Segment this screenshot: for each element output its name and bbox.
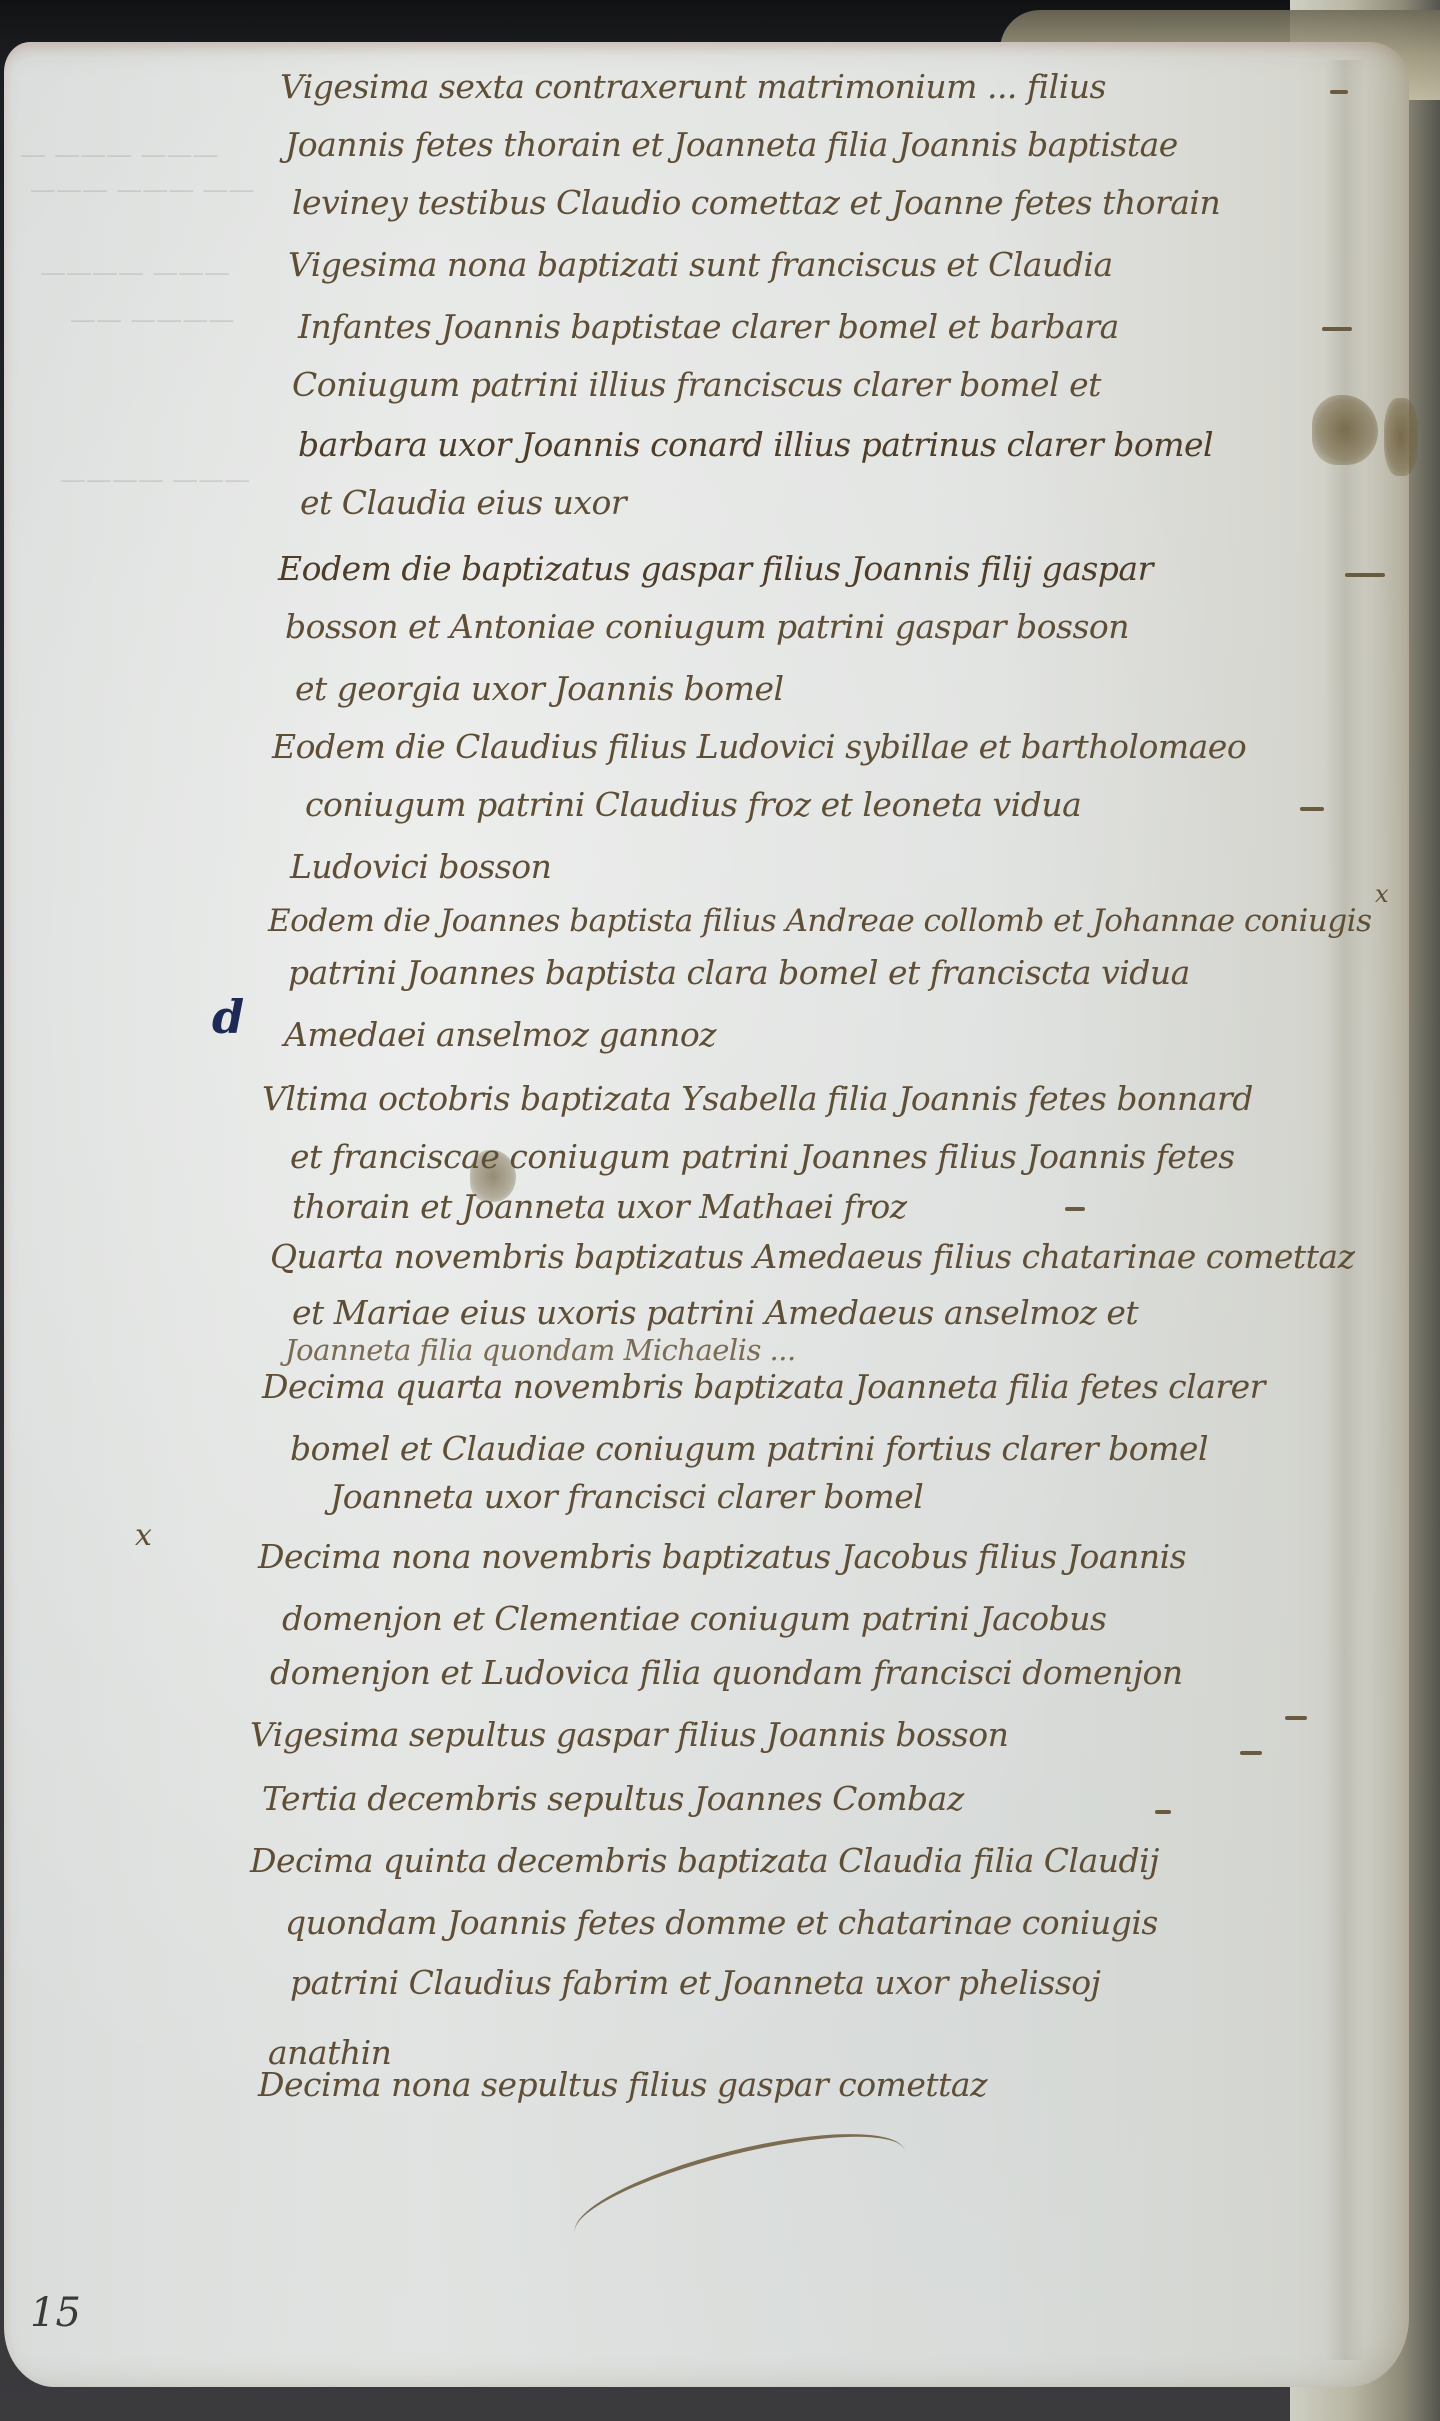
register-line: bomel et Claudiae coniugum patrini forti…: [290, 1432, 1208, 1465]
register-line: coniugum patrini Claudius froz et leonet…: [305, 788, 1081, 821]
line-end-dash: [1330, 90, 1348, 94]
line-end-dash: [1300, 807, 1324, 811]
show-through-text: ———— ———: [40, 258, 230, 288]
register-line: Eodem die Joannes baptista filius Andrea…: [268, 906, 1372, 937]
register-line: Vltima octobris baptizata Ysabella filia…: [262, 1082, 1253, 1115]
register-line: leviney testibus Claudio comettaz et Joa…: [292, 186, 1220, 219]
register-line: Vigesima nona baptizati sunt franciscus …: [288, 248, 1113, 281]
register-line: Vigesima sexta contraxerunt matrimonium …: [280, 70, 1106, 103]
register-line: Joannis fetes thorain et Joanneta filia …: [285, 128, 1178, 161]
page-number: 15: [30, 2290, 81, 2336]
ink-stain-strip: [1384, 398, 1418, 476]
show-through-text: —— ————: [70, 305, 234, 335]
register-line: et franciscae coniugum patrini Joannes f…: [290, 1140, 1235, 1173]
register-line: Decima nona novembris baptizatus Jacobus…: [258, 1540, 1186, 1573]
line-end-dash: [1155, 1810, 1171, 1814]
line-end-dash: [1285, 1716, 1307, 1720]
register-line: quondam Joannis fetes domme et chatarina…: [285, 1906, 1158, 1939]
register-line: thorain et Joanneta uxor Mathaei froz: [292, 1190, 907, 1223]
register-line: et Mariae eius uxoris patrini Amedaeus a…: [292, 1296, 1138, 1329]
show-through-text: ———— ———: [60, 465, 250, 495]
line-end-dash: [1065, 1207, 1085, 1211]
register-line: domenjon et Ludovica filia quondam franc…: [270, 1656, 1183, 1689]
register-line: Eodem die baptizatus gaspar filius Joann…: [278, 552, 1153, 585]
register-line: Joanneta filia quondam Michaelis ...: [285, 1336, 796, 1365]
register-line: Ludovici bosson: [290, 850, 551, 883]
line-end-dash: [1345, 573, 1385, 577]
blue-margin-mark: d: [212, 990, 244, 1044]
register-line: barbara uxor Joannis conard illius patri…: [298, 428, 1213, 461]
show-through-text: — ——— ———: [20, 140, 219, 170]
line-end-dash: [1322, 327, 1352, 331]
register-line: Infantes Joannis baptistae clarer bomel …: [298, 310, 1119, 343]
register-line: Joanneta uxor francisci clarer bomel: [330, 1480, 923, 1513]
register-line: et Claudia eius uxor: [300, 486, 626, 519]
register-line: Tertia decembris sepultus Joannes Combaz: [262, 1782, 964, 1815]
line-end-dash: [1240, 1751, 1262, 1755]
register-line: Quarta novembris baptizatus Amedaeus fil…: [270, 1240, 1354, 1273]
register-line: Eodem die Claudius filius Ludovici sybil…: [272, 730, 1246, 763]
register-line: domenjon et Clementiae coniugum patrini …: [282, 1602, 1106, 1635]
register-line: Amedaei anselmoz gannoz: [284, 1018, 716, 1051]
margin-mark: x: [135, 1518, 152, 1553]
register-line: patrini Claudius fabrim et Joanneta uxor…: [290, 1966, 1100, 1999]
register-line: bosson et Antoniae coniugum patrini gasp…: [285, 610, 1129, 643]
register-line: Decima quinta decembris baptizata Claudi…: [250, 1844, 1159, 1877]
register-line: patrini Joannes baptista clara bomel et …: [288, 956, 1190, 989]
register-line: et georgia uxor Joannis bomel: [295, 672, 784, 705]
register-line: Coniugum patrini illius franciscus clare…: [292, 368, 1101, 401]
show-through-text: ——— ——— ——: [30, 175, 255, 205]
ink-stain-large: [1312, 395, 1378, 465]
register-line: Vigesima sepultus gaspar filius Joannis …: [250, 1718, 1008, 1751]
register-line: Decima nona sepultus filius gaspar comet…: [258, 2068, 987, 2101]
register-line: Decima quarta novembris baptizata Joanne…: [262, 1370, 1265, 1403]
margin-mark: x: [1375, 880, 1389, 908]
